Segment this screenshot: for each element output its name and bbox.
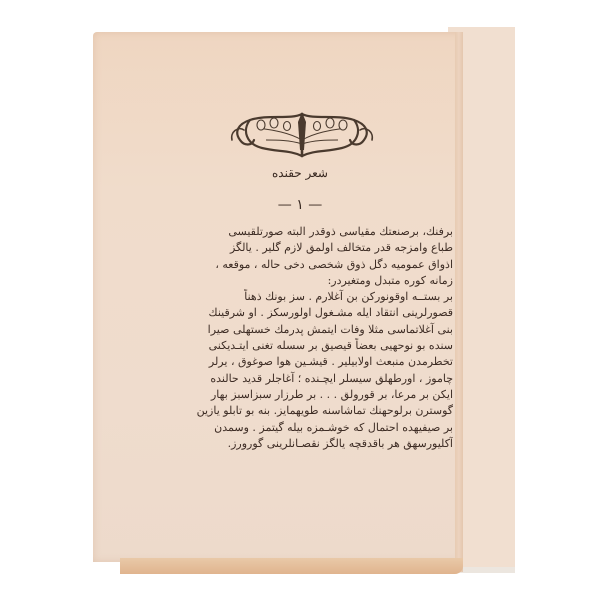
- text-line: بر بستــه اوقونوركن بن آغلارم . سز بونك …: [175, 289, 453, 305]
- text-line: بر صيفيهده احتمال كه خوشـمزه بيله گيتمز …: [175, 420, 453, 436]
- text-line: تخطرمدن منبعث اولابيلير . قيشـين هوا صوغ…: [175, 354, 453, 370]
- text-line: ايكن بر مرعا، بر قورولق . . . بر طرزار س…: [175, 387, 453, 403]
- text-line: قصورلرينى انتقاد ايله مشـغول اولورسكز . …: [175, 305, 453, 321]
- text-line: اذواق عموميه دگل ذوق شخصى دخى حاله ، موق…: [175, 257, 453, 273]
- section-number: — ١ —: [150, 197, 450, 213]
- poem-title: شعر حقنده: [150, 166, 450, 180]
- text-line: زمانه كوره متبدل ومتغيردر:: [175, 273, 453, 289]
- text-line: آكليورسهق هر باقدقچه يالگز نقصـانلرينى گ…: [175, 436, 453, 452]
- text-line: چاموز ، اورطهلق سيسلر ايچـنده ؛ آغاجلر ق…: [175, 371, 453, 387]
- text-line: طباع وامزجه قدر متخالف اولمق لازم گلير .…: [175, 240, 453, 256]
- text-line: برفنك، برصنعتك مقياسى ذوقدر البته صورتلق…: [175, 224, 453, 240]
- text-line: بنى آغلاتماسى مثلا وفات ايتمش پدرمك خسته…: [175, 322, 453, 338]
- text-line: گوسترن برلوحهنك تماشاسنه طويهمايز. بنه ب…: [175, 403, 453, 419]
- worn-bottom-edge: [120, 558, 463, 574]
- floral-headpiece-icon: [228, 110, 376, 158]
- body-paragraph: برفنك، برصنعتك مقياسى ذوقدر البته صورتلق…: [175, 224, 453, 452]
- page-fold-edge: [455, 32, 463, 572]
- text-line: سنده بو نوحهيى بعضاً قيصيق بر سسله تغنى …: [175, 338, 453, 354]
